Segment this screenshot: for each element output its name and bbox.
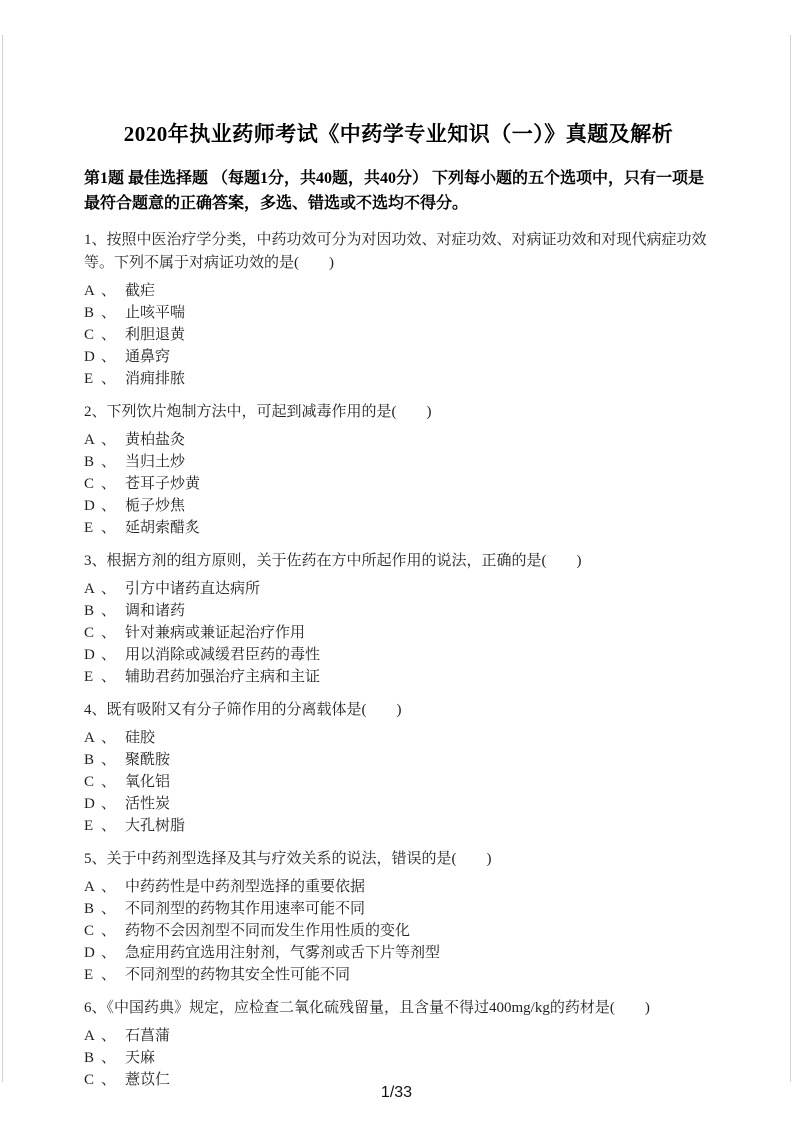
question-block: 1、按照中医治疗学分类，中药功效可分为对因功效、对症功效、对病证功效和对现代病症… [84, 229, 713, 390]
option-list: A、中药药性是中药剂型选择的重要依据 B、不同剂型的药物其作用速率可能不同 C、… [84, 876, 713, 986]
option-row: B、调和诸药 [84, 600, 713, 622]
option-text: 天麻 [125, 1050, 155, 1066]
option-separator: 、 [101, 581, 116, 597]
option-text: 氧化铝 [125, 774, 170, 790]
option-separator: 、 [101, 945, 116, 961]
option-text: 利胆退黄 [125, 327, 185, 343]
option-row: E、辅助君药加强治疗主病和主证 [84, 666, 713, 688]
option-separator: 、 [101, 432, 116, 448]
option-separator: 、 [101, 1050, 116, 1066]
option-list: A、硅胶 B、聚酰胺 C、氧化铝 D、活性炭 E、大孔树脂 [84, 727, 713, 837]
option-text: 通鼻窍 [125, 349, 170, 365]
option-row: D、通鼻窍 [84, 346, 713, 368]
question-stem: 2、下列饮片炮制方法中，可起到减毒作用的是( ) [84, 401, 713, 424]
option-text: 中药药性是中药剂型选择的重要依据 [125, 879, 365, 895]
option-row: A、硅胶 [84, 727, 713, 749]
option-row: C、利胆退黄 [84, 324, 713, 346]
option-text: 药物不会因剂型不同而发生作用性质的变化 [125, 923, 410, 939]
question-stem: 6、《中国药典》规定，应检查二氧化硫残留量，且含量不得过400mg/kg的药材是… [84, 997, 713, 1020]
option-letter: E [84, 517, 97, 539]
option-letter: E [84, 666, 97, 688]
option-letter: A [84, 876, 97, 898]
option-list: A、石菖蒲 B、天麻 C、薏苡仁 [84, 1025, 713, 1091]
option-separator: 、 [101, 774, 116, 790]
option-text: 栀子炒焦 [125, 498, 185, 514]
page-number: 1/33 [0, 1084, 793, 1102]
option-row: E、延胡索醋炙 [84, 517, 713, 539]
question-block: 3、根据方剂的组方原则，关于佐药在方中所起作用的说法，正确的是( ) A、引方中… [84, 550, 713, 688]
question-stem: 5、关于中药剂型选择及其与疗效关系的说法，错误的是( ) [84, 848, 713, 871]
option-letter: B [84, 749, 97, 771]
option-letter: E [84, 964, 97, 986]
option-text: 止咳平喘 [125, 305, 185, 321]
option-letter: A [84, 1025, 97, 1047]
option-row: B、不同剂型的药物其作用速率可能不同 [84, 898, 713, 920]
option-text: 调和诸药 [125, 603, 185, 619]
option-row: B、天麻 [84, 1047, 713, 1069]
option-row: A、石菖蒲 [84, 1025, 713, 1047]
option-separator: 、 [101, 730, 116, 746]
option-letter: B [84, 302, 97, 324]
option-separator: 、 [101, 669, 116, 685]
question-stem: 1、按照中医治疗学分类，中药功效可分为对因功效、对症功效、对病证功效和对现代病症… [84, 229, 713, 275]
option-list: A、黄柏盐灸 B、当归土炒 C、苍耳子炒黄 D、栀子炒焦 E、延胡索醋炙 [84, 429, 713, 539]
option-separator: 、 [101, 752, 116, 768]
option-row: C、氧化铝 [84, 771, 713, 793]
option-letter: C [84, 622, 97, 644]
option-text: 截疟 [125, 283, 155, 299]
option-separator: 、 [101, 520, 116, 536]
option-text: 不同剂型的药物其安全性可能不同 [125, 967, 350, 983]
option-letter: D [84, 644, 97, 666]
option-text: 急症用药宜选用注射剂，气雾剂或舌下片等剂型 [125, 945, 440, 961]
option-letter: C [84, 771, 97, 793]
option-row: D、栀子炒焦 [84, 495, 713, 517]
document-page: { "document": { "title": "2020年执业药师考试《中药… [0, 0, 793, 1122]
option-row: A、截疟 [84, 280, 713, 302]
option-letter: E [84, 368, 97, 390]
option-separator: 、 [101, 283, 116, 299]
option-text: 黄柏盐灸 [125, 432, 185, 448]
option-row: A、引方中诸药直达病所 [84, 578, 713, 600]
question-block: 5、关于中药剂型选择及其与疗效关系的说法，错误的是( ) A、中药药性是中药剂型… [84, 848, 713, 986]
option-separator: 、 [101, 305, 116, 321]
option-text: 苍耳子炒黄 [125, 476, 200, 492]
option-separator: 、 [101, 967, 116, 983]
document-title: 2020年执业药师考试《中药学专业知识（一）》真题及解析 [84, 118, 713, 148]
option-letter: B [84, 898, 97, 920]
option-letter: C [84, 473, 97, 495]
option-text: 大孔树脂 [125, 818, 185, 834]
option-separator: 、 [101, 371, 116, 387]
option-row: A、中药药性是中药剂型选择的重要依据 [84, 876, 713, 898]
option-letter: A [84, 578, 97, 600]
option-list: A、截疟 B、止咳平喘 C、利胆退黄 D、通鼻窍 E、消痈排脓 [84, 280, 713, 390]
option-separator: 、 [101, 796, 116, 812]
option-text: 消痈排脓 [125, 371, 185, 387]
document-content: 2020年执业药师考试《中药学专业知识（一）》真题及解析 第1题 最佳选择题 （… [84, 118, 713, 1102]
option-text: 用以消除或减缓君臣药的毒性 [125, 647, 320, 663]
option-separator: 、 [101, 923, 116, 939]
option-row: D、急症用药宜选用注射剂，气雾剂或舌下片等剂型 [84, 942, 713, 964]
question-stem: 4、既有吸附又有分子筛作用的分离载体是( ) [84, 699, 713, 722]
option-letter: A [84, 727, 97, 749]
option-row: C、苍耳子炒黄 [84, 473, 713, 495]
option-letter: D [84, 495, 97, 517]
option-letter: A [84, 280, 97, 302]
option-separator: 、 [101, 1028, 116, 1044]
question-block: 6、《中国药典》规定，应检查二氧化硫残留量，且含量不得过400mg/kg的药材是… [84, 997, 713, 1091]
option-letter: E [84, 815, 97, 837]
option-separator: 、 [101, 498, 116, 514]
option-row: C、药物不会因剂型不同而发生作用性质的变化 [84, 920, 713, 942]
option-separator: 、 [101, 901, 116, 917]
option-letter: D [84, 346, 97, 368]
option-letter: D [84, 793, 97, 815]
option-row: D、活性炭 [84, 793, 713, 815]
option-row: B、聚酰胺 [84, 749, 713, 771]
option-row: E、大孔树脂 [84, 815, 713, 837]
option-letter: A [84, 429, 97, 451]
option-row: A、黄柏盐灸 [84, 429, 713, 451]
question-block: 4、既有吸附又有分子筛作用的分离载体是( ) A、硅胶 B、聚酰胺 C、氧化铝 … [84, 699, 713, 837]
option-text: 延胡索醋炙 [125, 520, 200, 536]
question-stem: 3、根据方剂的组方原则，关于佐药在方中所起作用的说法，正确的是( ) [84, 550, 713, 573]
option-separator: 、 [101, 818, 116, 834]
option-separator: 、 [101, 625, 116, 641]
option-separator: 、 [101, 327, 116, 343]
option-text: 聚酰胺 [125, 752, 170, 768]
question-block: 2、下列饮片炮制方法中，可起到减毒作用的是( ) A、黄柏盐灸 B、当归土炒 C… [84, 401, 713, 539]
option-separator: 、 [101, 454, 116, 470]
question-list: 1、按照中医治疗学分类，中药功效可分为对因功效、对症功效、对病证功效和对现代病症… [84, 229, 713, 1091]
option-row: D、用以消除或减缓君臣药的毒性 [84, 644, 713, 666]
option-text: 硅胶 [125, 730, 155, 746]
option-text: 辅助君药加强治疗主病和主证 [125, 669, 320, 685]
option-separator: 、 [101, 647, 116, 663]
option-text: 不同剂型的药物其作用速率可能不同 [125, 901, 365, 917]
option-letter: C [84, 324, 97, 346]
intro-instructions: 第1题 最佳选择题 （每题1分，共40题，共40分） 下列每小题的五个选项中，只… [84, 166, 713, 216]
option-separator: 、 [101, 879, 116, 895]
option-separator: 、 [101, 349, 116, 365]
option-text: 石菖蒲 [125, 1028, 170, 1044]
option-letter: B [84, 600, 97, 622]
option-list: A、引方中诸药直达病所 B、调和诸药 C、针对兼病或兼证起治疗作用 D、用以消除… [84, 578, 713, 688]
option-separator: 、 [101, 476, 116, 492]
option-row: B、当归土炒 [84, 451, 713, 473]
option-letter: C [84, 920, 97, 942]
option-row: C、针对兼病或兼证起治疗作用 [84, 622, 713, 644]
option-text: 针对兼病或兼证起治疗作用 [125, 625, 305, 641]
option-text: 活性炭 [125, 796, 170, 812]
option-text: 当归土炒 [125, 454, 185, 470]
option-row: E、不同剂型的药物其安全性可能不同 [84, 964, 713, 986]
option-row: E、消痈排脓 [84, 368, 713, 390]
option-letter: B [84, 1047, 97, 1069]
option-row: B、止咳平喘 [84, 302, 713, 324]
option-separator: 、 [101, 603, 116, 619]
option-letter: D [84, 942, 97, 964]
option-letter: B [84, 451, 97, 473]
option-text: 引方中诸药直达病所 [125, 581, 260, 597]
